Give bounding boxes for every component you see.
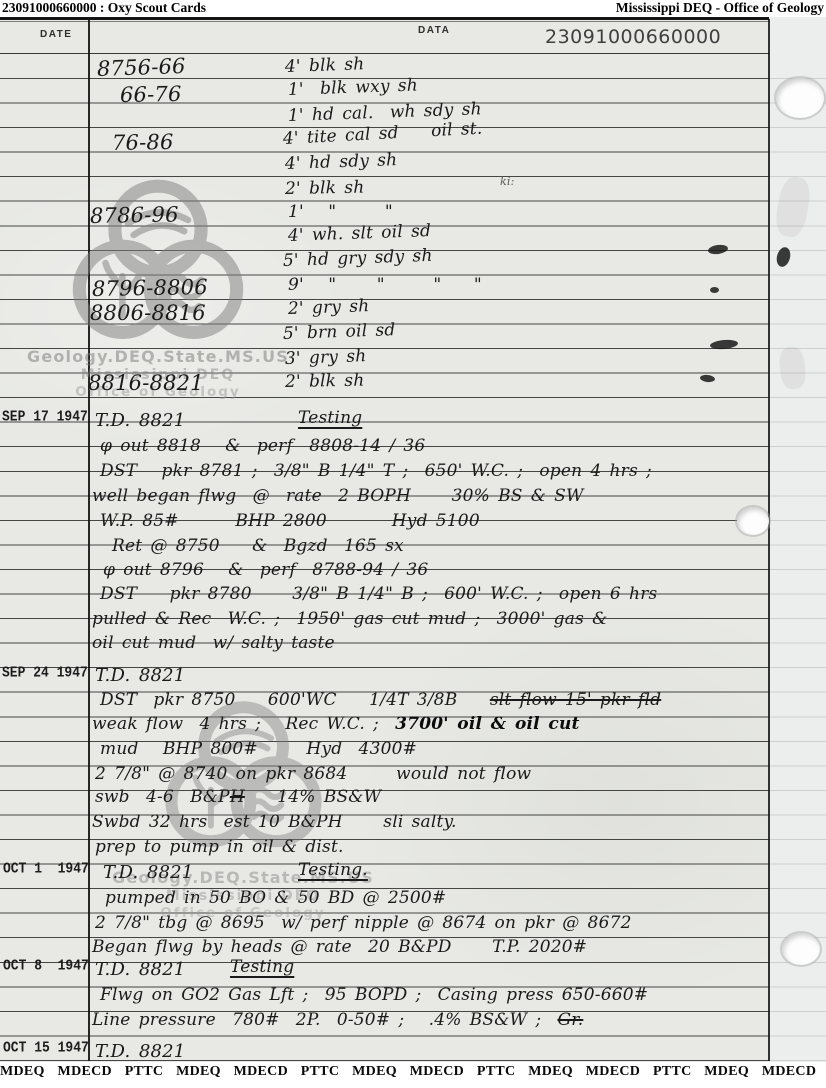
page: 23091000660000 : Oxy Scout Cards Mississ… bbox=[0, 0, 826, 1088]
handwriting-line: DST pkr 8781 ; 3/8" B 1/4" T ; 650' W.C.… bbox=[100, 461, 652, 481]
doc-id-title: 23091000660000 : Oxy Scout Cards bbox=[2, 0, 206, 16]
handwriting-line: Line pressure 780# 2P. 0-50# ; .4% BS&W … bbox=[92, 1010, 583, 1030]
handwriting-line: Testing. bbox=[298, 860, 368, 880]
handwriting-line: 8756-66 bbox=[97, 54, 186, 81]
handwriting-line: 2' blk sh bbox=[285, 371, 365, 392]
handwriting-line: 2 7/8" @ 8740 on pkr 8684 would not flow bbox=[95, 764, 531, 784]
handwriting-line: 3' gry sh bbox=[285, 346, 367, 369]
handwriting-line: prep to pump in oil & dist. bbox=[95, 837, 344, 857]
handwriting-line: 8786-96 bbox=[90, 202, 179, 228]
org-title: Mississippi DEQ - Office of Geology bbox=[616, 0, 824, 16]
handwriting-line: 8796-8806 bbox=[92, 275, 208, 301]
handwriting-line: 8816-8821 bbox=[88, 371, 204, 395]
table-top-border-inner bbox=[0, 21, 769, 22]
handwriting-line: ki: bbox=[500, 175, 515, 188]
scout-card-scan: DATE DATA 23091000660000 Geology.DEQ.Sta… bbox=[0, 17, 826, 1062]
handwriting-line: W.P. 85# BHP 2800 Hyd 5100 bbox=[100, 511, 480, 531]
handwriting-line: 4' hd sdy sh bbox=[285, 150, 398, 174]
handwriting-line: 2' gry sh bbox=[288, 296, 370, 319]
api-number-stamp: 23091000660000 bbox=[545, 26, 721, 48]
handwriting-line: Swbd 32 hrs est 10 B&PH sli salty. bbox=[92, 812, 457, 832]
handwriting-line: pulled & Rec W.C. ; 1950' gas cut mud ; … bbox=[92, 609, 607, 629]
handwriting-line: 2 7/8" tbg @ 8695 w/ perf nipple @ 8674 … bbox=[95, 913, 632, 933]
date-stamp: OCT 8 1947 bbox=[3, 957, 89, 974]
hole-punch bbox=[782, 933, 820, 965]
hole-punch bbox=[737, 507, 769, 535]
footer-text: MDEQ MDECD PTTC MDEQ MDECD PTTC MDEQ MDE… bbox=[0, 1064, 826, 1079]
hole-punch bbox=[776, 78, 824, 118]
date-stamp: SEP 24 1947 bbox=[2, 664, 88, 681]
handwriting-line: 5' brn oil sd bbox=[283, 320, 396, 344]
handwriting-line: mud BHP 800# Hyd 4300# bbox=[100, 739, 417, 759]
handwriting-line: φ out 8818 & perf 8808-14 / 36 bbox=[100, 436, 425, 456]
handwriting-line: weak flow 4 hrs ; Rec W.C. ; 3700' oil &… bbox=[92, 714, 580, 734]
header-row-border bbox=[0, 53, 769, 54]
handwriting-line: DST pkr 8780 3/8" B 1/4" B ; 600' W.C. ;… bbox=[100, 584, 657, 604]
handwriting-line: Ret @ 8750 & Bgzd 165 sx bbox=[112, 536, 404, 556]
handwriting-line: 8806-8816 bbox=[90, 301, 206, 325]
handwriting-line: T.D. 8821 bbox=[103, 862, 193, 883]
handwriting-line: φ out 8796 & perf 8788-94 / 36 bbox=[103, 560, 428, 580]
data-column-header: DATA bbox=[418, 25, 450, 36]
date-stamp: SEP 17 1947 bbox=[2, 408, 88, 425]
handwriting-line: 9' " " " " bbox=[288, 275, 482, 295]
table-top-border bbox=[0, 17, 769, 20]
handwriting-line: Testing bbox=[230, 957, 294, 977]
print-header: 23091000660000 : Oxy Scout Cards Mississ… bbox=[0, 0, 826, 17]
handwriting-line: 4' blk sh bbox=[285, 54, 365, 77]
table-right-border bbox=[768, 19, 770, 1061]
handwriting-line: 76-86 bbox=[112, 130, 174, 155]
handwriting-line: 2' blk sh bbox=[285, 178, 365, 199]
handwriting-line: well began flwg @ rate 2 BOPH 30% BS & S… bbox=[92, 486, 584, 506]
date-stamp: OCT 1 1947 bbox=[3, 860, 89, 877]
handwriting-line: DST pkr 8750 600'WC 1/4T 3/8B slt flow 1… bbox=[100, 690, 661, 710]
date-column-divider bbox=[88, 19, 90, 1061]
date-stamp: OCT 15 1947 bbox=[3, 1039, 89, 1056]
handwriting-line: 1' " " bbox=[288, 202, 393, 222]
handwriting-line: T.D. 8821 bbox=[95, 410, 185, 431]
handwriting-line: pumped in 50 BO & 50 BD @ 2500# bbox=[105, 888, 446, 908]
handwriting-line: T.D. 8821 bbox=[95, 665, 185, 686]
date-column-header: DATE bbox=[40, 29, 72, 40]
handwriting-line: T.D. 8821 bbox=[95, 1041, 185, 1062]
ink-blot bbox=[710, 287, 719, 293]
handwriting-line: Flwg on GO2 Gas Lft ; 95 BOPD ; Casing p… bbox=[100, 985, 648, 1005]
handwriting-line: oil cut mud w/ salty taste bbox=[92, 633, 335, 653]
handwriting-line: swb 4-6 B&PH 14% BS&W bbox=[95, 787, 381, 807]
handwriting-line: 66-76 bbox=[120, 82, 182, 107]
handwriting-line: Testing bbox=[298, 408, 362, 428]
handwriting-line: Began flwg by heads @ rate 20 B&PD T.P. … bbox=[92, 937, 587, 957]
print-footer: MDEQ MDECD PTTC MDEQ MDECD PTTC MDEQ MDE… bbox=[0, 1062, 826, 1088]
handwriting-line: T.D. 8821 bbox=[95, 959, 185, 980]
